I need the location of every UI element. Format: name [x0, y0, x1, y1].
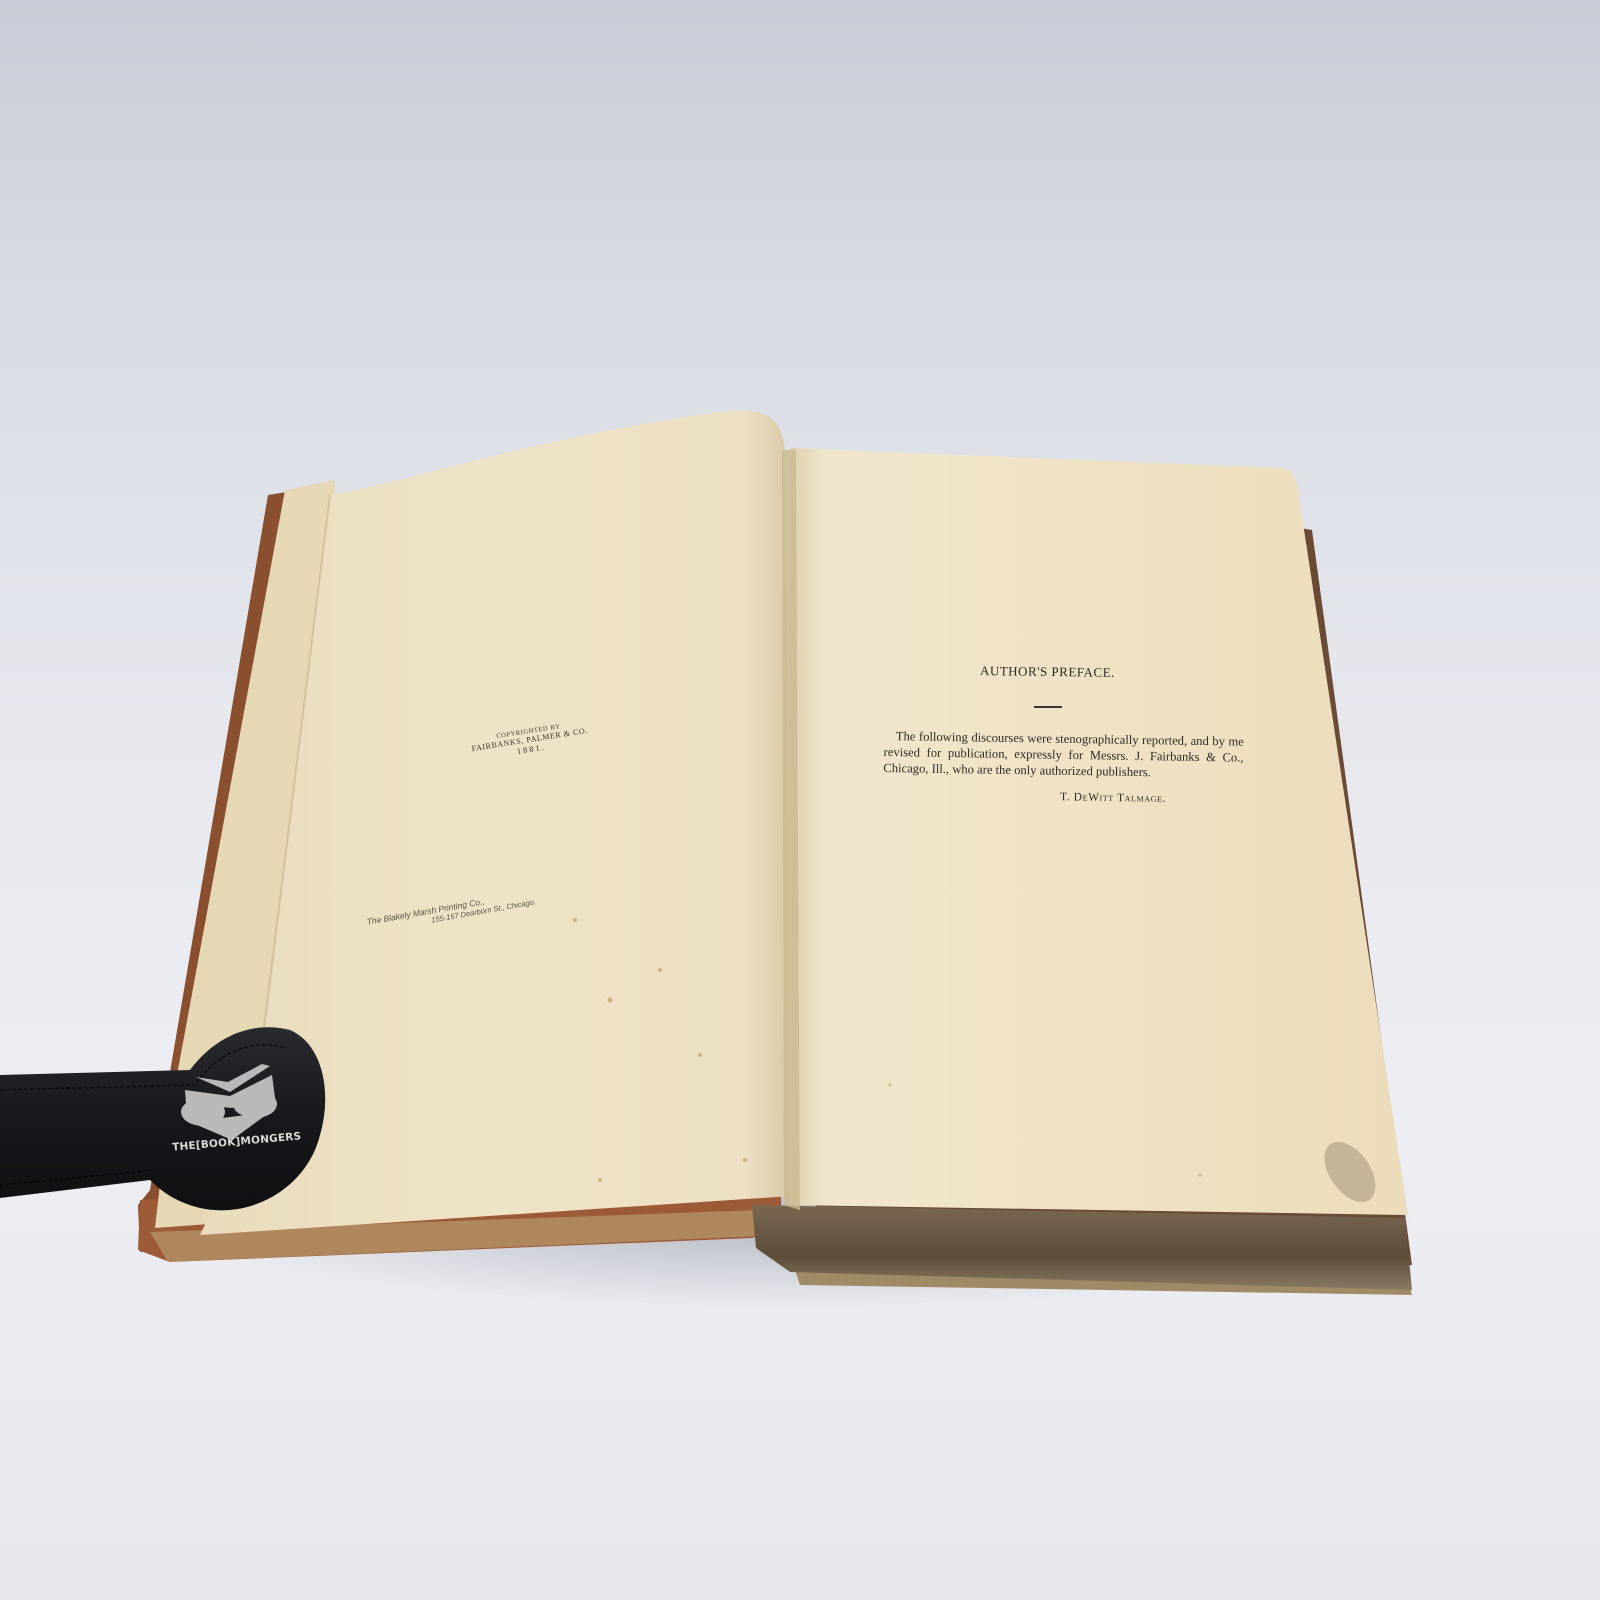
photo-scene: COPYRIGHTED BY FAIRBANKS, PALMER & CO. 1…	[0, 0, 1600, 1600]
author-signature: T. DeWitt Talmage.	[1060, 791, 1166, 805]
preface-paragraph: The following discourses were stenograph…	[883, 728, 1244, 782]
preface-body: The following discourses were stenograph…	[883, 728, 1244, 782]
preface-title: AUTHOR'S PREFACE.	[980, 663, 1115, 681]
open-book	[0, 0, 1600, 1600]
bookmark	[0, 1027, 325, 1210]
title-rule	[1034, 706, 1062, 708]
